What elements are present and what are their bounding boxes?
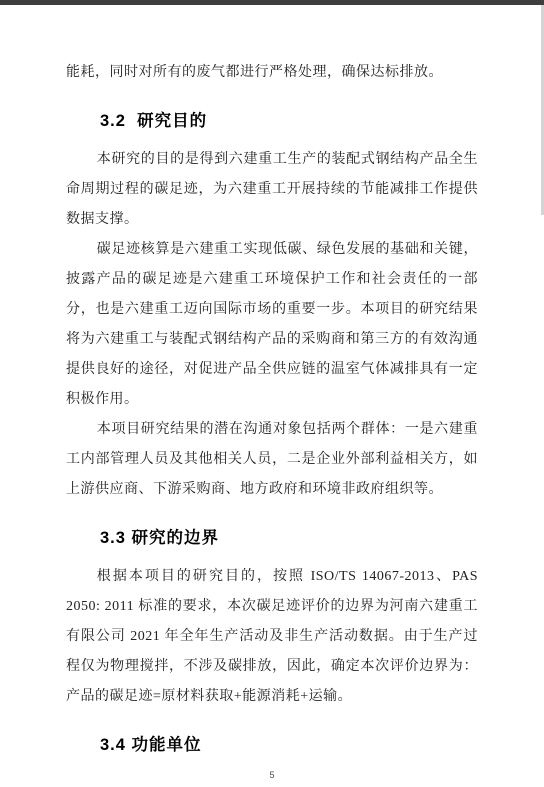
- paragraph: 本研究的目的是得到六建重工生产的装配式钢结构产品全生命周期过程的碳足迹，为六建重…: [66, 145, 478, 235]
- paragraph-continuation: 能耗，同时对所有的废气都进行严格处理，确保达标排放。: [66, 58, 478, 88]
- paragraph: 根据本项目的研究目的，按照 ISO/TS 14067-2013、PAS 2050…: [66, 562, 478, 712]
- paragraph: 碳足迹核算是六建重工实现低碳、绿色发展的基础和关键，披露产品的碳足迹是六建重工环…: [66, 235, 478, 415]
- paragraph: 本项目研究结果的潜在沟通对象包括两个群体：一是六建重工内部管理人员及其他相关人员…: [66, 415, 478, 505]
- document-viewer: 能耗，同时对所有的废气都进行严格处理，确保达标排放。 3.2 研究目的 本研究的…: [0, 0, 544, 787]
- section-heading-3-3: 3.3 研究的边界: [100, 527, 478, 550]
- page-number: 5: [66, 769, 478, 782]
- section-heading-3-4: 3.4 功能单位: [100, 734, 478, 757]
- section-heading-3-2: 3.2 研究目的: [100, 110, 478, 133]
- page-content: 能耗，同时对所有的废气都进行严格处理，确保达标排放。 3.2 研究目的 本研究的…: [0, 5, 544, 782]
- document-page: 能耗，同时对所有的废气都进行严格处理，确保达标排放。 3.2 研究目的 本研究的…: [0, 5, 544, 787]
